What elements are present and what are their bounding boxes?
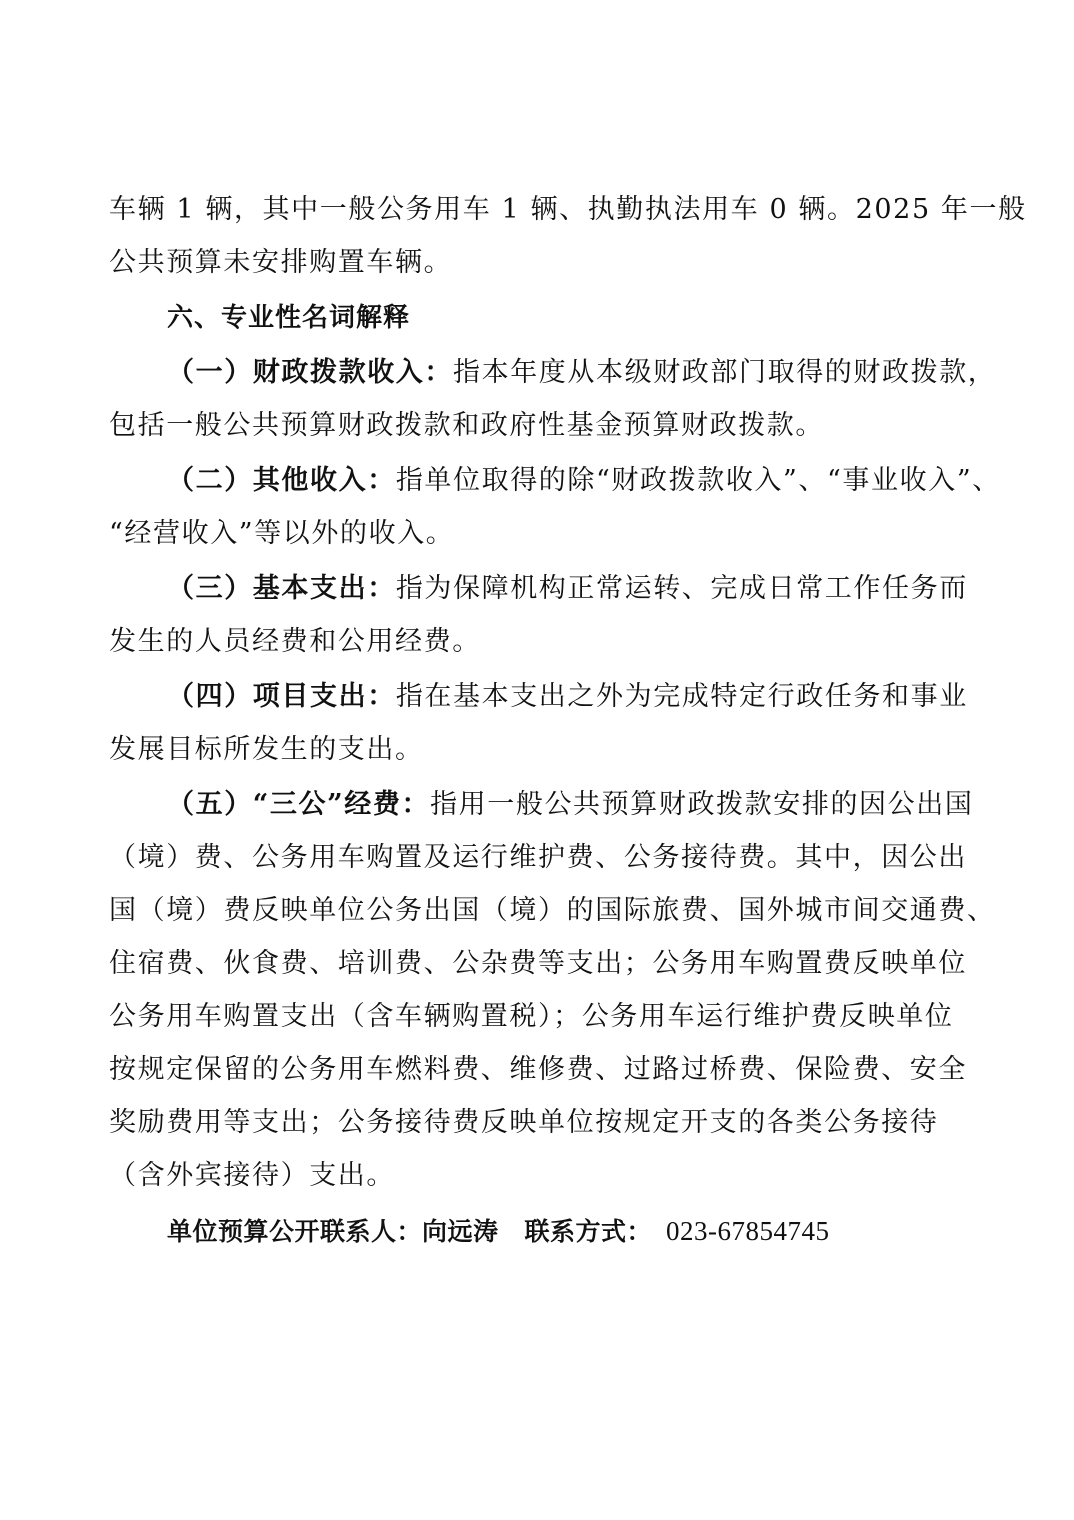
definition-2-text: 指单位取得的除“财政拨款收入”、“事业收入”、 bbox=[396, 465, 1001, 496]
intro-line-1: 车辆 1 辆，其中一般公务用车 1 辆、执勤执法用车 0 辆。2025 年一般 bbox=[109, 190, 1027, 230]
definition-5-line-3: 国（境）费反映单位公务出国（境）的国际旅费、国外城市间交通费、 bbox=[109, 891, 996, 931]
definition-2-term: （二）其他收入： bbox=[167, 465, 396, 496]
definition-3-line-2: 发生的人员经费和公用经费。 bbox=[109, 622, 481, 662]
definition-5-line-7: 奖励费用等支出；公务接待费反映单位按规定开支的各类公务接待 bbox=[109, 1103, 938, 1143]
definition-3-text: 指为保障机构正常运转、完成日常工作任务而 bbox=[396, 573, 968, 604]
definition-1-text: 指本年度从本级财政部门取得的财政拨款， bbox=[453, 357, 996, 388]
definition-3-first-line: （三）基本支出：指为保障机构正常运转、完成日常工作任务而 bbox=[167, 569, 968, 609]
definition-5-first-line: （五）“三公”经费：指用一般公共预算财政拨款安排的因公出国 bbox=[167, 785, 973, 825]
contact-person-label: 单位预算公开联系人： bbox=[167, 1217, 422, 1246]
definition-5-line-5: 公务用车购置支出（含车辆购置税）；公务用车运行维护费反映单位 bbox=[109, 997, 954, 1037]
contact-person-name: 向远涛 bbox=[422, 1217, 499, 1246]
definition-5-line-2: （境）费、公务用车购置及运行维护费、公务接待费。其中，因公出 bbox=[109, 838, 967, 878]
definition-5-line-8: （含外宾接待）支出。 bbox=[109, 1156, 395, 1196]
definition-4-first-line: （四）项目支出：指在基本支出之外为完成特定行政任务和事业 bbox=[167, 677, 968, 717]
definition-2-first-line: （二）其他收入：指单位取得的除“财政拨款收入”、“事业收入”、 bbox=[167, 461, 1001, 501]
section-heading: 六、专业性名词解释 bbox=[167, 298, 410, 338]
contact-phone-label: 联系方式： bbox=[525, 1217, 653, 1246]
definition-5-line-6: 按规定保留的公务用车燃料费、维修费、过路过桥费、保险费、安全 bbox=[109, 1050, 967, 1090]
definition-1-first-line: （一）财政拨款收入：指本年度从本级财政部门取得的财政拨款， bbox=[167, 353, 996, 393]
definition-2-line-2: “经营收入”等以外的收入。 bbox=[109, 514, 454, 554]
definition-4-text: 指在基本支出之外为完成特定行政任务和事业 bbox=[396, 681, 968, 712]
definition-5-line-4: 住宿费、伙食费、培训费、公杂费等支出；公务用车购置费反映单位 bbox=[109, 944, 967, 984]
intro-line-2: 公共预算未安排购置车辆。 bbox=[109, 243, 452, 283]
definition-1-term: （一）财政拨款收入： bbox=[167, 357, 453, 388]
contact-line: 单位预算公开联系人：向远涛联系方式：023-67854745 bbox=[167, 1211, 830, 1251]
definition-4-term: （四）项目支出： bbox=[167, 681, 396, 712]
definition-5-text: 指用一般公共预算财政拨款安排的因公出国 bbox=[430, 789, 973, 820]
contact-phone: 023-67854745 bbox=[666, 1216, 830, 1246]
definition-1-line-2: 包括一般公共预算财政拨款和政府性基金预算财政拨款。 bbox=[109, 406, 824, 446]
definition-4-line-2: 发展目标所发生的支出。 bbox=[109, 730, 424, 770]
definition-3-term: （三）基本支出： bbox=[167, 573, 396, 604]
definition-5-term: （五）“三公”经费： bbox=[167, 789, 430, 820]
